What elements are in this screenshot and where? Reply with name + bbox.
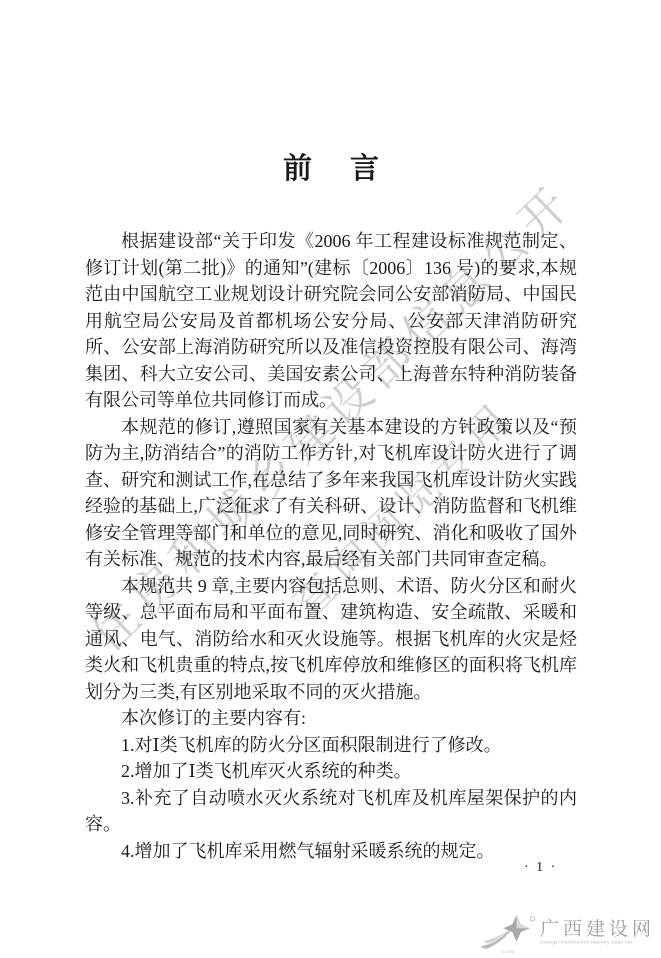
revision-item-2: 2.增加了Ⅰ类飞机库灭火系统的种类。 xyxy=(85,758,577,785)
title-char-1: 前 xyxy=(283,146,312,187)
paragraph-1: 根据建设部“关于印发《2006 年工程建设标准规范制定、修订计划(第二批)》的通… xyxy=(85,228,577,414)
site-logo[interactable]: GXJSW 广西建设网 Guangxi construction industr… xyxy=(478,912,655,954)
revision-item-3: 3.补充了自动喷水灭火系统对飞机库及机库屋架保护的内容。 xyxy=(85,785,577,838)
title-char-2: 言 xyxy=(350,146,379,187)
paragraph-4-intro: 本次修订的主要内容有: xyxy=(85,705,577,732)
page-title: 前 言 xyxy=(85,146,577,187)
document-body: 根据建设部“关于印发《2006 年工程建设标准规范制定、修订计划(第二批)》的通… xyxy=(85,228,577,864)
revision-item-1: 1.对Ⅰ类飞机库的防火分区面积限制进行了修改。 xyxy=(85,732,577,759)
paragraph-3: 本规范共 9 章,主要内容包括总则、术语、防火分区和耐火等级、总平面布局和平面布… xyxy=(85,573,577,706)
svg-text:GXJSW: GXJSW xyxy=(501,950,515,954)
page-number: · 1 · xyxy=(524,860,557,876)
site-logo-name: 广西建设网 xyxy=(540,920,655,940)
site-logo-tagline: Guangxi construction industry trade net xyxy=(540,940,632,946)
star-swoosh-icon: GXJSW xyxy=(478,912,536,954)
paragraph-2: 本规范的修订,遵照国家有关基本建设的方针政策以及“预防为主,防消结合”的消防工作… xyxy=(85,414,577,573)
revision-item-4: 4.增加了飞机库采用燃气辐射采暖系统的规定。 xyxy=(85,838,577,865)
document-page: { "document": { "title": "前言", "paragrap… xyxy=(0,0,661,958)
